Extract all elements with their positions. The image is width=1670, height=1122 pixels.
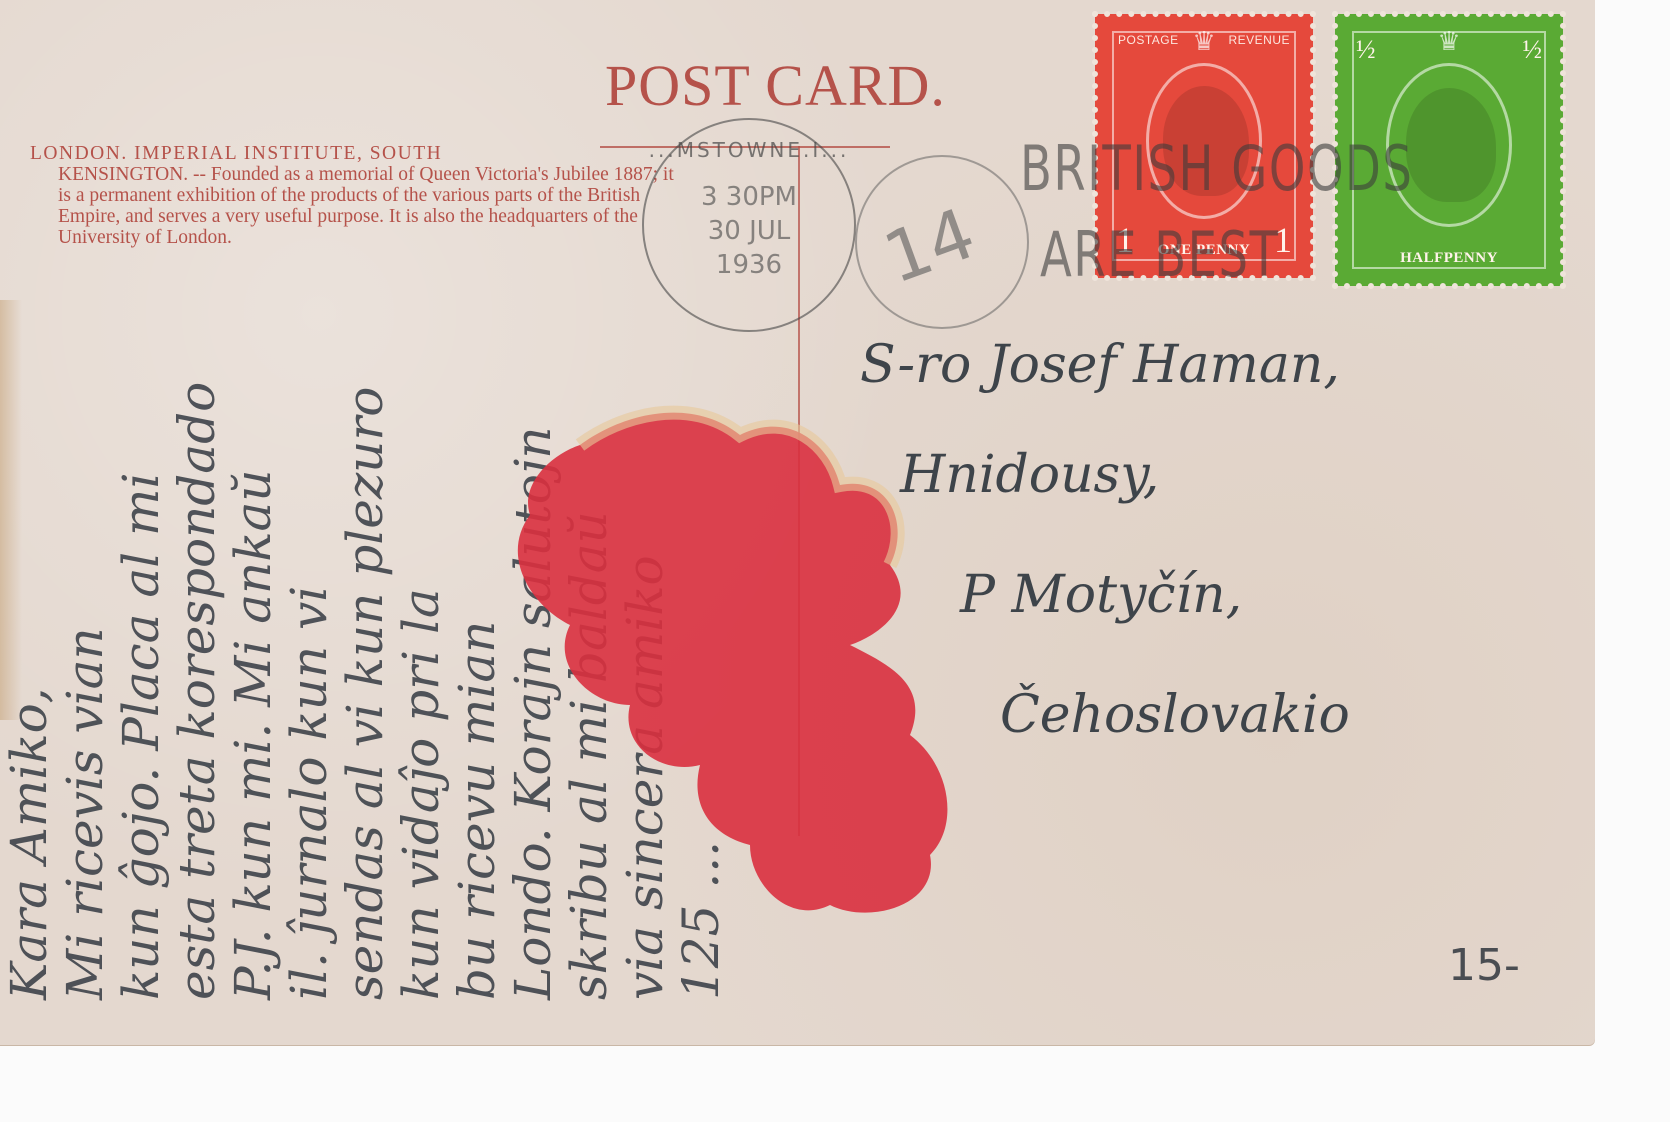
postcard: POST CARD. LONDON. IMPERIAL INSTITUTE, S… bbox=[0, 0, 1595, 1045]
stamp-denomination-left: ½ bbox=[1356, 35, 1376, 65]
crown-icon: ♛ bbox=[1437, 27, 1460, 57]
letter-line: kun ĝojo. Placa al mi bbox=[112, 473, 170, 1000]
stamp-postage-label: POSTAGE bbox=[1118, 33, 1179, 47]
letter-line: esta treta korespondado bbox=[168, 382, 226, 1000]
slogan-cancel-line2: ARE BEST bbox=[1040, 218, 1279, 291]
letter-line: bu ricevu mian bbox=[448, 621, 506, 1000]
letter-line: kun vidaĵo pri la bbox=[392, 588, 450, 1000]
address-post-office: P Motyčín, bbox=[960, 565, 1242, 625]
letter-line: il. ĵurnalo kun vi bbox=[280, 586, 338, 1000]
letter-line: P.J. kun mi. Mi ankaŭ bbox=[224, 469, 282, 1000]
letter-line: Mi ricevis vian bbox=[56, 627, 114, 1000]
address-name: S-ro Josef Haman, bbox=[860, 335, 1340, 395]
king-portrait-icon bbox=[1406, 88, 1496, 202]
circular-postmark: ...MSTOWNE.I... 3 30PM 30 JUL 1936 bbox=[642, 118, 856, 332]
address-village: Hnidousy, bbox=[900, 445, 1159, 505]
address-country: Čehoslovakio bbox=[1000, 685, 1350, 745]
price-note: 15- bbox=[1448, 940, 1520, 991]
letter-line: Kara Amiko, bbox=[0, 687, 58, 1000]
stamp-revenue-label: REVENUE bbox=[1228, 33, 1290, 47]
stamp-value-label: HALFPENNY bbox=[1342, 250, 1556, 267]
letter-line: sendas al vi kun plezuro bbox=[336, 387, 394, 1000]
stamp-denomination-right: ½ bbox=[1523, 35, 1543, 65]
postmark-date: 3 30PM 30 JUL 1936 bbox=[644, 180, 854, 282]
slogan-cancel-line1: BRITISH GOODS bbox=[1020, 132, 1413, 205]
postmark-town: ...MSTOWNE.I... bbox=[644, 138, 854, 162]
